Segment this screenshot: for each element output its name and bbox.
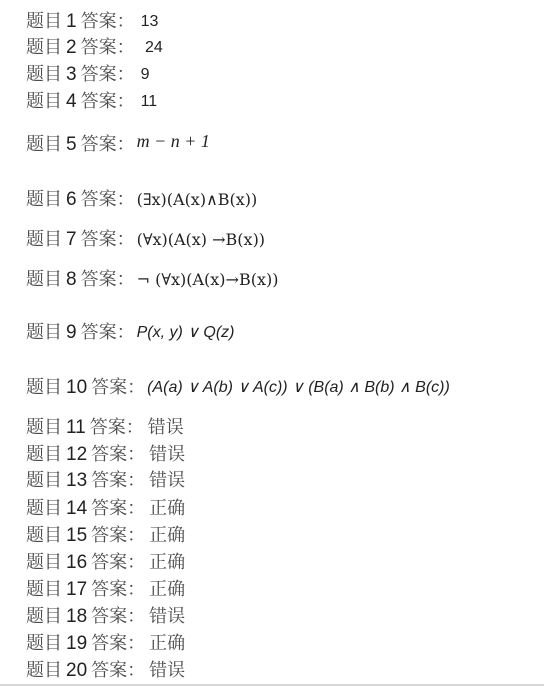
answer-row-8: 题目8答案：¬ (∀x)(A(x)→B(x)) <box>26 267 278 293</box>
colon: ： <box>117 267 135 293</box>
answer-label: 答案 <box>91 658 127 684</box>
answer-label: 答案 <box>81 132 117 158</box>
answer-label: 答案 <box>81 187 117 213</box>
answer-row-16: 题目16答案：正确 <box>26 550 185 576</box>
colon: ： <box>117 62 135 88</box>
answer-value: 正确 <box>149 523 185 549</box>
question-label: 题目 <box>26 577 62 603</box>
answer-value: 错误 <box>149 658 185 684</box>
answer-row-9: 题目9答案：P(x, y) ∨ Q(z) <box>26 320 235 346</box>
answer-row-5: 题目5答案：m − n + 1 <box>26 132 210 158</box>
answer-row-7: 题目7答案：(∀x)(A(x) →B(x)) <box>26 227 265 253</box>
question-label: 题目 <box>26 320 62 346</box>
answer-value: 错误 <box>149 468 185 494</box>
colon: ： <box>127 658 145 684</box>
question-number: 20 <box>66 658 87 684</box>
answer-label: 答案 <box>91 523 127 549</box>
question-number: 12 <box>66 442 87 468</box>
question-number: 10 <box>66 375 87 401</box>
answer-row-2: 题目2答案： 24 <box>26 35 163 61</box>
question-number: 6 <box>66 187 77 213</box>
question-label: 题目 <box>26 415 62 441</box>
colon: ： <box>117 9 135 35</box>
answer-label: 答案 <box>81 35 117 61</box>
answer-label: 答案 <box>81 89 117 115</box>
colon: ： <box>117 132 135 158</box>
colon: ： <box>127 631 145 657</box>
question-label: 题目 <box>26 442 62 468</box>
colon: ： <box>117 35 135 61</box>
answer-label: 答案 <box>91 442 127 468</box>
answer-value: 正确 <box>149 550 185 576</box>
question-number: 18 <box>66 604 87 630</box>
answer-value: 错误 <box>148 415 184 441</box>
question-label: 题目 <box>26 375 62 401</box>
answer-row-17: 题目17答案：正确 <box>26 577 185 603</box>
question-number: 9 <box>66 320 77 346</box>
answer-value: (∀x)(A(x) →B(x)) <box>137 227 265 253</box>
answer-label: 答案 <box>91 604 127 630</box>
colon: ： <box>127 604 145 630</box>
question-number: 4 <box>66 89 77 115</box>
colon: ： <box>127 375 145 401</box>
question-label: 题目 <box>26 62 62 88</box>
question-label: 题目 <box>26 227 62 253</box>
question-label: 题目 <box>26 523 62 549</box>
colon: ： <box>117 227 135 253</box>
answer-value: 24 <box>141 35 163 61</box>
answer-label: 答案 <box>81 62 117 88</box>
answer-value: 9 <box>141 62 150 88</box>
answer-label: 答案 <box>81 320 117 346</box>
colon: ： <box>127 442 145 468</box>
answer-label: 答案 <box>91 375 127 401</box>
question-number: 16 <box>66 550 87 576</box>
answer-label: 答案 <box>91 577 127 603</box>
question-number: 7 <box>66 227 77 253</box>
answer-row-15: 题目15答案：正确 <box>26 523 185 549</box>
answer-value: (∃x)(A(x)∧B(x)) <box>137 187 258 213</box>
answer-row-1: 题目1答案：13 <box>26 9 158 35</box>
colon: ： <box>126 415 144 441</box>
answer-row-20: 题目20答案：错误 <box>26 658 185 684</box>
answer-label: 答案 <box>81 9 117 35</box>
question-number: 2 <box>66 35 77 61</box>
answer-row-6: 题目6答案：(∃x)(A(x)∧B(x)) <box>26 187 257 213</box>
question-number: 19 <box>66 631 87 657</box>
question-label: 题目 <box>26 35 62 61</box>
question-number: 13 <box>66 468 87 494</box>
question-number: 17 <box>66 577 87 603</box>
answer-row-13: 题目13答案：错误 <box>26 468 185 494</box>
answer-value: 正确 <box>149 577 185 603</box>
answer-value: P(x, y) ∨ Q(z) <box>137 320 235 346</box>
answer-row-11: 题目11答案：错误 <box>26 415 184 441</box>
answer-value: 正确 <box>149 631 185 657</box>
colon: ： <box>127 550 145 576</box>
answer-row-12: 题目12答案：错误 <box>26 442 185 468</box>
question-label: 题目 <box>26 187 62 213</box>
answer-label: 答案 <box>81 267 117 293</box>
question-label: 题目 <box>26 658 62 684</box>
answer-row-10: 题目10答案：(A(a) ∨ A(b) ∨ A(c)) ∨ (B(a) ∧ B(… <box>26 375 450 401</box>
question-label: 题目 <box>26 496 62 522</box>
question-label: 题目 <box>26 9 62 35</box>
question-number: 8 <box>66 267 77 293</box>
answer-row-18: 题目18答案：错误 <box>26 604 185 630</box>
question-label: 题目 <box>26 468 62 494</box>
answer-row-4: 题目4答案：11 <box>26 89 157 115</box>
answer-label: 答案 <box>91 550 127 576</box>
colon: ： <box>117 320 135 346</box>
answer-row-14: 题目14答案：正确 <box>26 496 185 522</box>
answer-label: 答案 <box>91 631 127 657</box>
colon: ： <box>127 523 145 549</box>
answer-row-3: 题目3答案：9 <box>26 62 149 88</box>
answer-label: 答案 <box>90 415 126 441</box>
question-number: 3 <box>66 62 77 88</box>
answer-row-19: 题目19答案：正确 <box>26 631 185 657</box>
answer-label: 答案 <box>81 227 117 253</box>
answer-value: m − n + 1 <box>137 128 210 154</box>
colon: ： <box>127 496 145 522</box>
answer-label: 答案 <box>91 468 127 494</box>
question-label: 题目 <box>26 550 62 576</box>
answer-value: ¬ (∀x)(A(x)→B(x)) <box>137 267 279 293</box>
answer-value: 13 <box>141 9 159 35</box>
answer-value: 正确 <box>149 496 185 522</box>
question-number: 14 <box>66 496 87 522</box>
colon: ： <box>117 187 135 213</box>
colon: ： <box>127 577 145 603</box>
question-number: 11 <box>66 415 86 441</box>
colon: ： <box>127 468 145 494</box>
question-label: 题目 <box>26 89 62 115</box>
colon: ： <box>117 89 135 115</box>
question-number: 15 <box>66 523 87 549</box>
question-number: 5 <box>66 132 77 158</box>
question-label: 题目 <box>26 631 62 657</box>
question-label: 题目 <box>26 132 62 158</box>
answer-value: 11 <box>141 89 158 115</box>
answer-value: 错误 <box>149 604 185 630</box>
answer-label: 答案 <box>91 496 127 522</box>
question-number: 1 <box>66 9 77 35</box>
question-label: 题目 <box>26 267 62 293</box>
question-label: 题目 <box>26 604 62 630</box>
answer-value: 错误 <box>149 442 185 468</box>
answer-value: (A(a) ∨ A(b) ∨ A(c)) ∨ (B(a) ∧ B(b) ∧ B(… <box>147 375 450 401</box>
